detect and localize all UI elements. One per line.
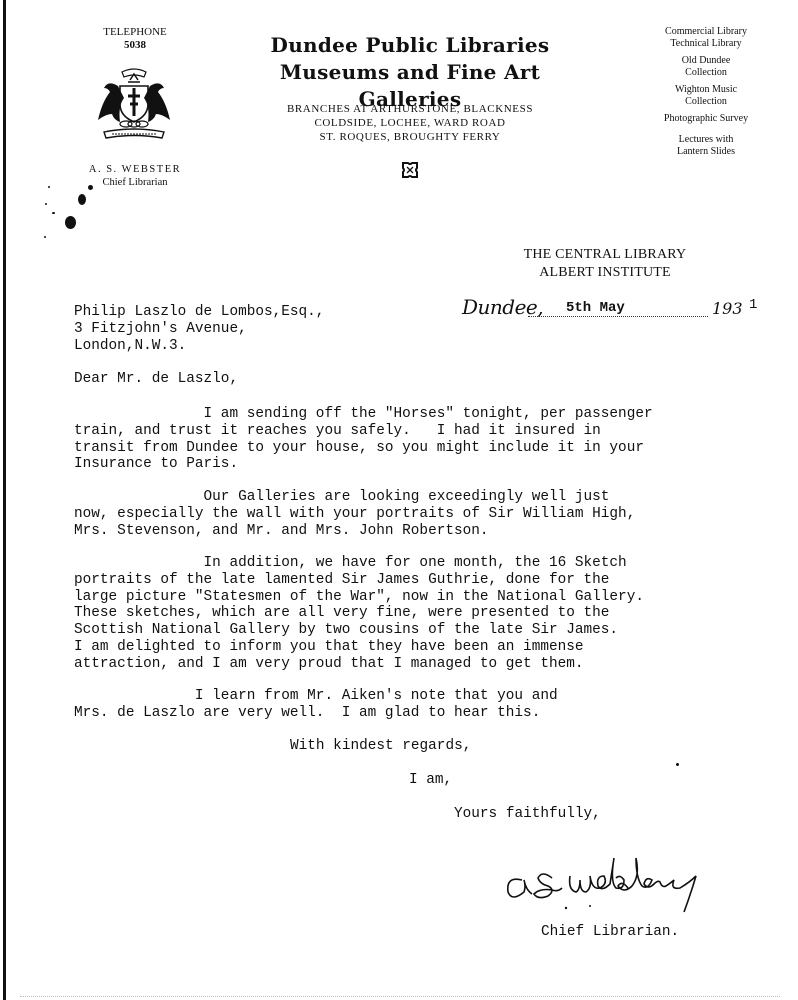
body-line: Insurance to Paris. [74, 456, 653, 473]
department-line: Technical Library [644, 38, 768, 50]
body-line: Mrs. Stevenson, and Mr. and Mrs. John Ro… [74, 523, 635, 540]
body-line: transit from Dundee to your house, so yo… [74, 440, 653, 457]
handwritten-signature-icon [500, 850, 760, 920]
institution-name-line1: Dundee Public Libraries [240, 32, 580, 59]
date-dotted-rule [528, 316, 708, 317]
branches-line: COLDSIDE, LOCHEE, WARD ROAD [250, 116, 570, 130]
body-line: large picture "Statesmen of the War", no… [74, 589, 644, 606]
department-item: Wighton Music Collection [644, 84, 768, 108]
body-paragraph: I am sending off the "Horses" tonight, p… [74, 406, 653, 473]
scan-noise [20, 994, 780, 997]
letter-page: TELEPHONE 5038 A. S. WEBSTER Chief Libra… [0, 0, 798, 1000]
coat-of-arms-icon [92, 66, 176, 142]
year-typed: 1 [749, 297, 757, 313]
branches-line: ST. ROQUES, BROUGHTY FERRY [250, 130, 570, 144]
body-line: now, especially the wall with your portr… [74, 506, 635, 523]
body-paragraph: Our Galleries are looking exceedingly we… [74, 489, 635, 539]
body-paragraph: In addition, we have for one month, the … [74, 555, 644, 673]
branches-list: BRANCHES AT ARTHURSTONE, BLACKNESS COLDS… [250, 102, 570, 144]
body-line: attraction, and I am very proud that I m… [74, 656, 644, 673]
body-paragraph: I learn from Mr. Aiken's note that you a… [74, 688, 558, 722]
date-typed: 5th May [566, 300, 625, 316]
closing-regards: With kindest regards, [290, 738, 471, 755]
ink-blot [48, 186, 50, 188]
address-line: 3 Fitzjohn's Avenue, [74, 321, 324, 338]
closing-i-am: I am, [409, 772, 452, 789]
address-line: Philip Laszlo de Lombos,Esq., [74, 304, 324, 321]
ink-blot [78, 194, 86, 205]
body-line: portraits of the late lamented Sir James… [74, 572, 644, 589]
librarian-block: A. S. WEBSTER Chief Librarian [60, 163, 210, 189]
ink-blot [65, 216, 76, 229]
department-line: Lectures with [644, 134, 768, 146]
telephone-block: TELEPHONE 5038 [70, 26, 200, 52]
departments-list: Commercial Library Technical Library Old… [644, 26, 768, 163]
department-line: Collection [644, 96, 768, 108]
body-line: Our Galleries are looking exceedingly we… [74, 489, 635, 506]
body-line: These sketches, which are all very fine,… [74, 605, 644, 622]
recipient-address: Philip Laszlo de Lombos,Esq.,3 Fitzjohn'… [74, 304, 324, 354]
librarian-title: Chief Librarian [60, 176, 210, 189]
department-item: Photographic Survey [644, 113, 768, 125]
body-line: In addition, we have for one month, the … [74, 555, 644, 572]
signer-title: Chief Librarian. [541, 924, 679, 941]
scan-edge [3, 0, 6, 1000]
salutation: Dear Mr. de Laszlo, [74, 371, 238, 388]
department-line: Lantern Slides [644, 146, 768, 158]
body-line: I learn from Mr. Aiken's note that you a… [74, 688, 558, 705]
telephone-number: 5038 [70, 39, 200, 52]
branches-line: BRANCHES AT ARTHURSTONE, BLACKNESS [250, 102, 570, 116]
date-line: Dundee, 5th May 193 1 [462, 299, 782, 321]
department-line: Old Dundee [644, 55, 768, 67]
sender-location: THE CENTRAL LIBRARY ALBERT INSTITUTE [490, 246, 720, 282]
cross-ornament-icon [400, 160, 420, 180]
body-line: Scottish National Gallery by two cousins… [74, 622, 644, 639]
masthead: Dundee Public Libraries Museums and Fine… [240, 32, 580, 113]
ink-blot [45, 203, 47, 205]
year-printed: 193 [712, 299, 743, 318]
body-line: I am delighted to inform you that they h… [74, 639, 644, 656]
department-item: Commercial Library Technical Library [644, 26, 768, 50]
address-line: London,N.W.3. [74, 338, 324, 355]
ink-speck [676, 763, 679, 766]
ink-blot [44, 236, 46, 238]
department-line: Commercial Library [644, 26, 768, 38]
body-line: train, and trust it reaches you safely. … [74, 423, 653, 440]
ink-blot [52, 212, 55, 214]
valediction: Yours faithfully, [454, 806, 601, 823]
telephone-label: TELEPHONE [70, 26, 200, 39]
body-line: I am sending off the "Horses" tonight, p… [74, 406, 653, 423]
librarian-name: A. S. WEBSTER [60, 163, 210, 176]
location-line: THE CENTRAL LIBRARY [490, 246, 720, 264]
department-line: Collection [644, 67, 768, 79]
body-line: Mrs. de Laszlo are very well. I am glad … [74, 705, 558, 722]
department-item: Old Dundee Collection [644, 55, 768, 79]
department-line: Wighton Music [644, 84, 768, 96]
ink-blot [88, 185, 93, 190]
department-item: Lectures with Lantern Slides [644, 134, 768, 158]
location-line: ALBERT INSTITUTE [490, 264, 720, 282]
department-line: Photographic Survey [644, 113, 768, 125]
